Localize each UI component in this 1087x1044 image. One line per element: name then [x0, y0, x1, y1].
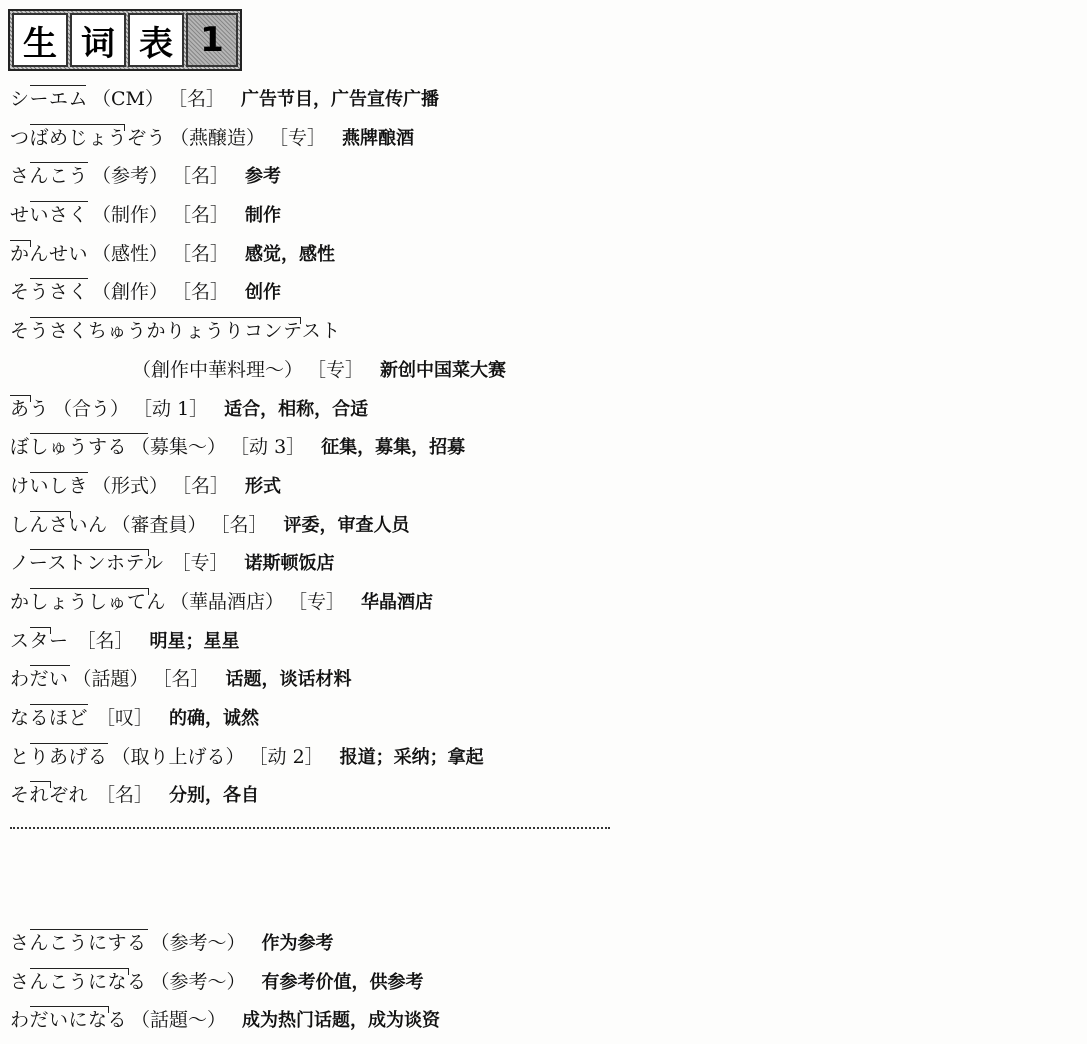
entry-meaning: 话题，谈话材料 [226, 661, 352, 700]
entry-reading: ぼしゅうする [10, 428, 127, 467]
entry-meaning: 燕牌酿酒 [342, 120, 414, 159]
entry-reading: とりあげる [10, 738, 108, 777]
lesson-number: 1 [186, 13, 238, 67]
entry-part-of-speech: ［名］ [172, 273, 229, 312]
vocab-entry: とりあげる （取り上げる） ［动 2］ 报道；采纳；拿起 [10, 738, 630, 777]
entry-part-of-speech: ［专］ [172, 544, 229, 583]
vocab-entry: ノーストンホテル ［专］ 诺斯顿饭店 [10, 544, 630, 583]
phrase-reading: わだいになる [10, 1001, 127, 1040]
phrase-reading: さんこうになる [10, 963, 147, 1002]
entry-reading: しんさいん [10, 506, 108, 545]
entry-reading: そうさくちゅうかりょうりコンテスト [10, 312, 341, 351]
entry-meaning: 评委，审查人员 [284, 507, 410, 546]
vocab-entry: そうさく （創作） ［名］ 创作 [10, 273, 630, 312]
entry-kanji: （華晶酒店） [170, 583, 284, 622]
entry-meaning: 适合，相称，合适 [224, 391, 368, 430]
entry-part-of-speech: ［专］ [307, 351, 364, 390]
entry-reading: なるほど [10, 699, 88, 738]
header-char: 词 [70, 13, 126, 67]
phrase-kanji: （参考～） [151, 924, 246, 963]
entry-part-of-speech: ［专］ [288, 583, 345, 622]
phrase-entry: さんこうにする （参考～） 作为参考 [10, 924, 630, 963]
entry-reading: それぞれ [10, 776, 88, 815]
vocabulary-list: シーエム （CM） ［名］ 广告节目，广告宣传广播 つばめじょうぞう （燕醸造）… [10, 80, 630, 847]
vocab-entry: あう （合う） ［动 1］ 适合，相称，合适 [10, 390, 630, 429]
entry-part-of-speech: ［动 1］ [133, 390, 208, 429]
vocab-entry: わだい （話題） ［名］ 话题，谈话材料 [10, 660, 630, 699]
entry-reading: さんこう [10, 157, 88, 196]
entry-reading: ノーストンホテル [10, 544, 164, 583]
vocab-entry: なるほど ［叹］ 的确，诚然 [10, 699, 630, 738]
phrase-meaning: 作为参考 [262, 925, 334, 964]
entry-meaning: 新创中国菜大赛 [380, 352, 506, 391]
entry-reading: スター [10, 622, 69, 661]
vocab-entry: つばめじょうぞう （燕醸造） ［专］ 燕牌酿酒 [10, 119, 630, 158]
entry-kanji: （CM） [92, 80, 164, 119]
entry-part-of-speech: ［叹］ [96, 699, 153, 738]
entry-part-of-speech: ［专］ [269, 119, 326, 158]
entry-part-of-speech: ［动 3］ [230, 428, 305, 467]
phrase-kanji: （話題～） [131, 1001, 226, 1040]
entry-kanji: （創作） [92, 273, 168, 312]
entry-meaning: 广告节目，广告宣传广播 [241, 81, 439, 120]
entry-kanji: （燕醸造） [170, 119, 265, 158]
vocab-entry: そうさくちゅうかりょうりコンテスト [10, 312, 630, 351]
entry-kanji: （形式） [92, 467, 168, 506]
entry-part-of-speech: ［名］ [168, 80, 225, 119]
vocab-entry: せいさく （制作） ［名］ 制作 [10, 196, 630, 235]
entry-part-of-speech: ［名］ [172, 196, 229, 235]
vocab-entry: けいしき （形式） ［名］ 形式 [10, 467, 630, 506]
vocab-entry: それぞれ ［名］ 分别，各自 [10, 776, 630, 815]
entry-reading: つばめじょうぞう [10, 119, 166, 158]
vocab-entry: さんこう （参考） ［名］ 参考 [10, 157, 630, 196]
phrase-entry: さんこうになる （参考～） 有参考价值，供参考 [10, 963, 630, 1002]
entry-reading: そうさく [10, 273, 88, 312]
entry-reading: かしょうしゅてん [10, 583, 166, 622]
header-char: 表 [128, 13, 184, 67]
entry-meaning: 参考 [245, 158, 281, 197]
entry-kanji: （審査員） [112, 506, 207, 545]
vocab-entry: スター ［名］ 明星；星星 [10, 622, 630, 661]
entry-kanji: （制作） [92, 196, 168, 235]
vocab-entry: ぼしゅうする （募集～） ［动 3］ 征集，募集，招募 [10, 428, 630, 467]
entry-meaning: 形式 [245, 468, 281, 507]
entry-reading: かんせい [10, 235, 88, 274]
entry-part-of-speech: ［名］ [172, 467, 229, 506]
phrase-meaning: 有参考价值，供参考 [262, 964, 424, 1003]
entry-reading: あう [10, 390, 49, 429]
phrase-list: さんこうにする （参考～） 作为参考 さんこうになる （参考～） 有参考价值，供… [10, 924, 630, 1040]
entry-meaning: 的确，诚然 [169, 700, 259, 739]
vocabulary-header: 生 词 表 1 [8, 9, 242, 71]
entry-reading: せいさく [10, 196, 88, 235]
phrase-reading: さんこうにする [10, 924, 147, 963]
entry-kanji: （創作中華料理～） [132, 351, 303, 390]
entry-meaning: 征集，募集，招募 [321, 429, 465, 468]
vocab-entry-continuation: （創作中華料理～） ［专］ 新创中国菜大赛 [10, 351, 630, 390]
entry-kanji: （話題） [73, 660, 149, 699]
entry-part-of-speech: ［名］ [153, 660, 210, 699]
vocab-entry: シーエム （CM） ［名］ 广告节目，广告宣传广播 [10, 80, 630, 119]
phrase-entry: わだいになる （話題～） 成为热门话题，成为谈资 [10, 1001, 630, 1040]
entry-meaning: 分别，各自 [169, 777, 259, 816]
vocab-entry: しんさいん （審査員） ［名］ 评委，审查人员 [10, 506, 630, 545]
entry-reading: わだい [10, 660, 69, 699]
entry-kanji: （参考） [92, 157, 168, 196]
entry-part-of-speech: ［动 2］ [249, 738, 324, 777]
entry-part-of-speech: ［名］ [211, 506, 268, 545]
entry-meaning: 诺斯顿饭店 [245, 545, 335, 584]
vocab-entry: かんせい （感性） ［名］ 感觉，感性 [10, 235, 630, 274]
entry-meaning: 明星；星星 [150, 623, 240, 662]
entry-reading: けいしき [10, 467, 88, 506]
entry-part-of-speech: ［名］ [77, 622, 134, 661]
entry-part-of-speech: ［名］ [172, 157, 229, 196]
dotted-separator [10, 815, 630, 847]
entry-meaning: 报道；采纳；拿起 [340, 739, 484, 778]
entry-kanji: （感性） [92, 235, 168, 274]
entry-reading: シーエム [10, 80, 88, 119]
header-char: 生 [12, 13, 68, 67]
entry-kanji: （合う） [53, 390, 129, 429]
entry-meaning: 感觉，感性 [245, 236, 335, 275]
vocab-entry: かしょうしゅてん （華晶酒店） ［专］ 华晶酒店 [10, 583, 630, 622]
phrase-meaning: 成为热门话题，成为谈资 [242, 1002, 440, 1041]
phrase-kanji: （参考～） [151, 963, 246, 1002]
entry-meaning: 创作 [245, 274, 281, 313]
entry-meaning: 制作 [245, 197, 281, 236]
entry-kanji: （取り上げる） [112, 738, 245, 777]
entry-part-of-speech: ［名］ [96, 776, 153, 815]
entry-part-of-speech: ［名］ [172, 235, 229, 274]
entry-meaning: 华晶酒店 [361, 584, 433, 623]
